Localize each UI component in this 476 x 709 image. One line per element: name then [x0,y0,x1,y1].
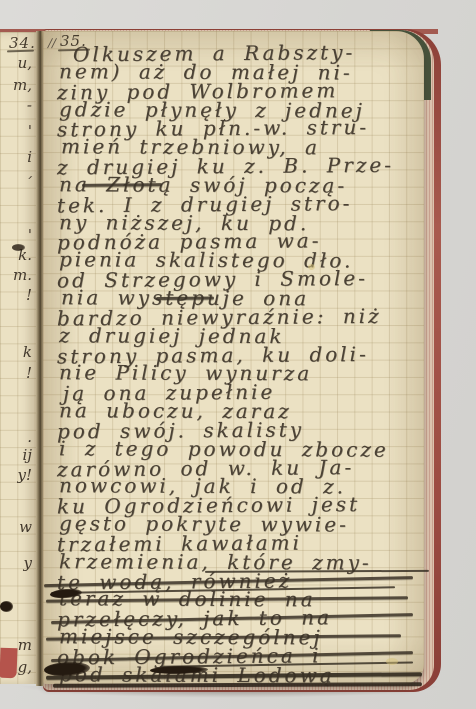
stroke-fragment: g, [18,658,32,676]
stroke-fragment: m [18,636,32,654]
stroke-fragment: ' [28,226,32,244]
page-number-ticks: ∕∕ [48,36,56,50]
ink-blot [12,244,25,251]
paper-blemish [386,658,398,665]
stroke-fragment: . [27,428,32,446]
handwriting-line: pod skałami Lodową [59,665,419,685]
stroke-fragment: w [19,518,32,536]
stroke-fragment: - [27,96,32,114]
ink-blot [0,601,13,612]
stroke-fragment: ij [23,446,32,464]
stroke-fragment: ´ [25,174,33,192]
stroke-fragment: ' [28,122,32,140]
stroke-fragment: y! [17,466,32,484]
strikethrough-mark [156,296,214,299]
stroke-fragment: ! [26,286,32,304]
stroke-fragment: y [24,554,32,572]
left-page-red-edge [0,648,18,679]
stroke-fragment: m. [13,266,32,284]
stroke-fragment: k [23,343,32,361]
handwriting-block: Olkuszem a Rabszty-nem) aż do małej ni-z… [57,44,419,685]
stroke-fragment: m, [13,76,32,94]
paper-blemish [308,264,315,270]
stroke-fragment: u, [18,54,32,72]
stroke-fragment: ! [26,364,32,382]
stroke-fragment: i [27,148,32,166]
